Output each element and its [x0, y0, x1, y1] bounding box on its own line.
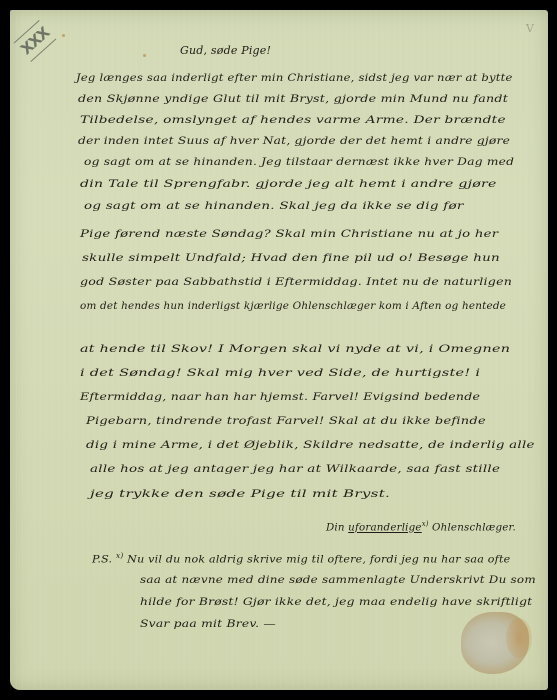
seal-stain	[506, 618, 532, 658]
body-line-5: og sagt om at se hinanden. Jeg tilstaar …	[84, 156, 514, 168]
closing-signature: Din uforanderligex) Ohlenschlæger.	[326, 520, 516, 534]
postscript-footnote-marker: x)	[116, 552, 123, 560]
body-line-12: at hende til Skov! I Morgen skal vi nyde…	[80, 343, 510, 355]
paper-fleck	[62, 34, 65, 37]
closing-underlined-word: uforanderlige	[348, 522, 422, 534]
body-line-8: Pige førend næste Søndag? Skal min Chris…	[80, 228, 498, 240]
postscript-label: P.S.	[92, 554, 112, 566]
body-line-11: om det hendes hun inderligst kjærlige Oh…	[80, 300, 506, 312]
body-line-18: jeg trykke den søde Pige til mit Bryst.	[90, 488, 390, 500]
body-line-6: din Tale til Sprengfabr. gjorde jeg alt …	[80, 178, 497, 190]
body-line-15: Pigebarn, tindrende trofast Farvel! Skal…	[86, 415, 486, 427]
body-line-7: og sagt om at se hinanden. Skal jeg da i…	[84, 200, 464, 212]
postscript-line-2: saa at nævne med dine søde sammenlagte U…	[140, 574, 536, 586]
body-line-3: Tilbedelse, omslynget af hendes varme Ar…	[80, 114, 506, 126]
corner-pencil-mark: V	[526, 22, 534, 35]
postscript-line-3: hilde for Brøst! Gjør ikke det, jeg maa …	[140, 596, 532, 608]
body-line-9: skulle simpelt Undfald; Hvad den fine pi…	[82, 252, 500, 264]
body-line-17: alle hos at jeg antager jeg har at Wilka…	[90, 463, 500, 475]
body-line-16: dig i mine Arme, i det Øjeblik, Skildre …	[86, 439, 535, 451]
postscript: P.S. x) Nu vil du nok aldrig skrive mig …	[92, 552, 510, 566]
postscript-line-1: Nu vil du nok aldrig skrive mig til ofte…	[127, 554, 510, 566]
body-line-10: god Søster paa Sabbathstid i Eftermiddag…	[80, 276, 512, 288]
archive-number-stamp: XXX	[14, 20, 57, 62]
body-line-4: der inden intet Suus af hver Nat, gjorde…	[78, 135, 510, 147]
closing-prefix: Din	[326, 522, 348, 534]
footnote-marker: x)	[422, 520, 429, 528]
salutation: Gud, søde Pige!	[180, 44, 271, 57]
body-line-1: Jeg længes saa inderligt efter min Chris…	[76, 72, 513, 84]
body-line-14: Eftermiddag, naar han har hjemst. Farvel…	[80, 391, 480, 403]
postscript-line-4: Svar paa mit Brev. —	[140, 618, 276, 630]
body-line-13: i det Søndag! Skal mig hver ved Side, de…	[80, 367, 480, 379]
signature-name: Ohlenschlæger.	[432, 522, 516, 534]
paper-fleck	[143, 54, 146, 57]
body-line-2: den Skjønne yndige Glut til mit Bryst, g…	[78, 93, 508, 105]
